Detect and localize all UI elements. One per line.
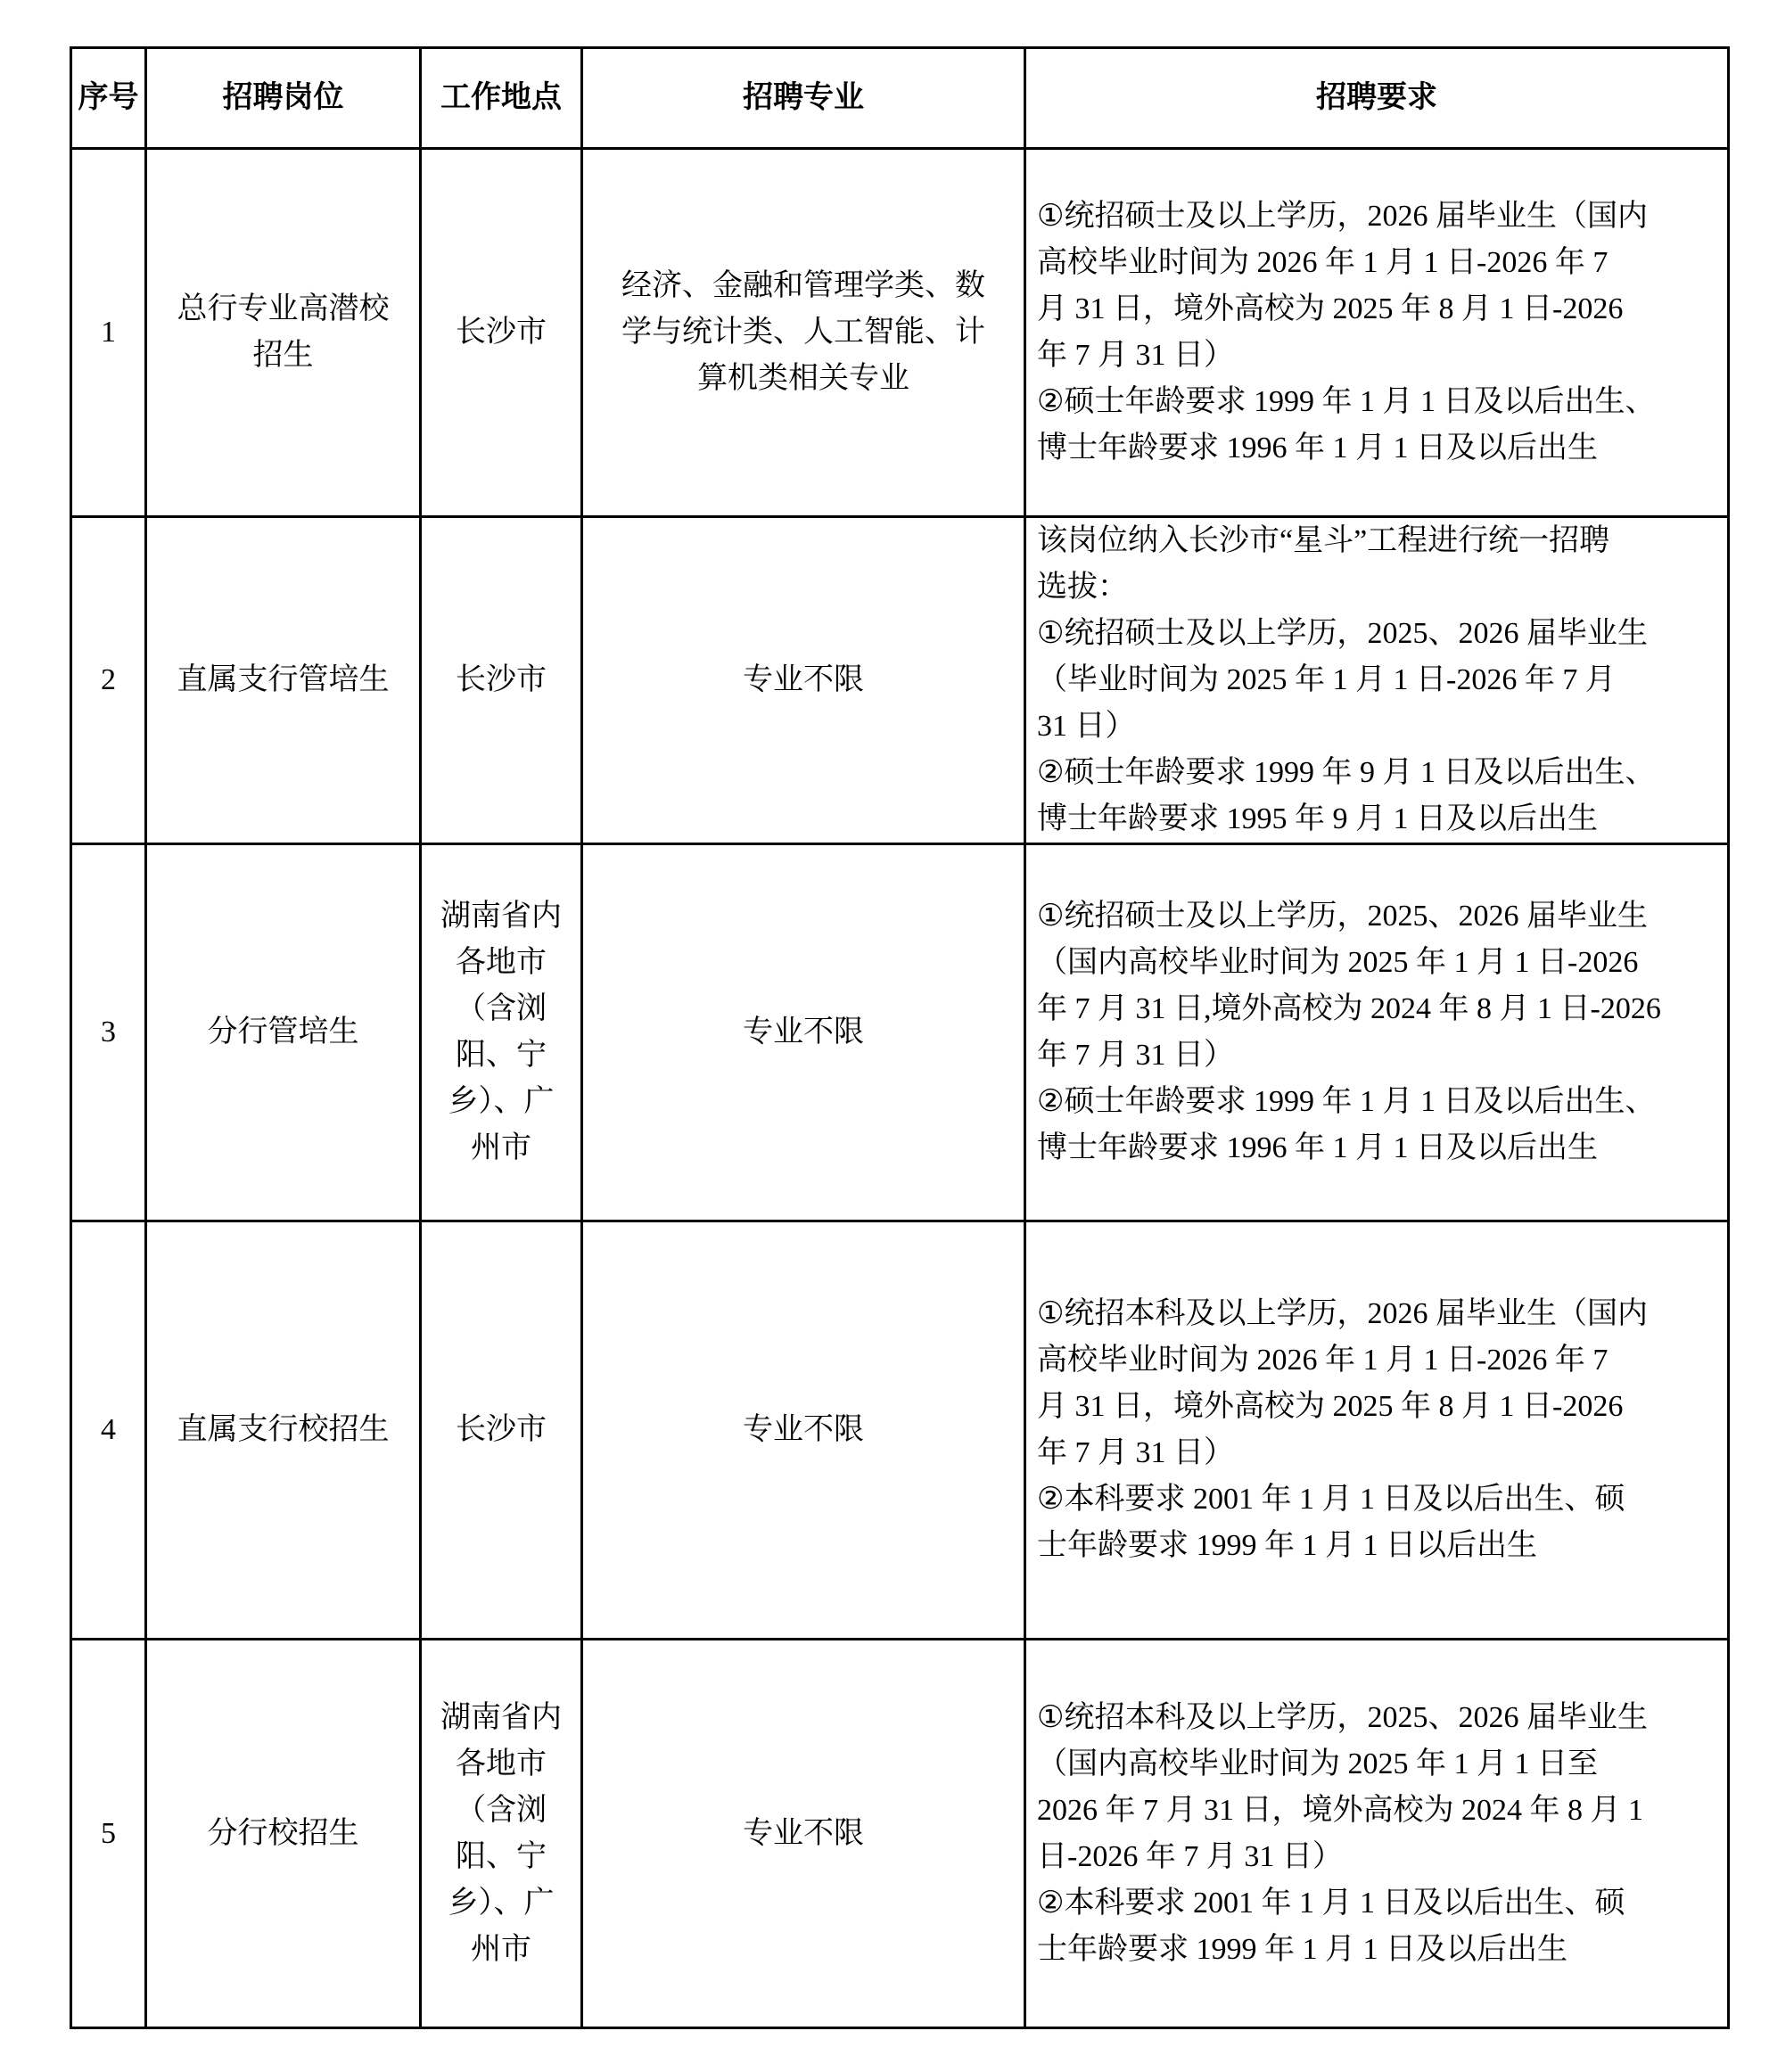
row-position: 总行专业高潜校 招生 <box>146 149 421 517</box>
row-position: 直属支行校招生 <box>146 1221 421 1640</box>
header-row: 序号 招聘岗位 工作地点 招聘专业 招聘要求 <box>71 48 1729 149</box>
row-location: 长沙市 <box>421 1221 582 1640</box>
row-requirements: ①统招硕士及以上学历，2026 届毕业生（国内 高校毕业时间为 2026 年 1… <box>1025 149 1729 517</box>
header-cell-seq: 序号 <box>71 48 146 149</box>
row-location: 湖南省内 各地市 （含浏 阳、宁 乡）、广 州市 <box>421 1640 582 2028</box>
row-major: 专业不限 <box>582 844 1025 1221</box>
table-row: 4 直属支行校招生 长沙市 专业不限 ①统招本科及以上学历，2026 届毕业生（… <box>71 1221 1729 1640</box>
row-location: 湖南省内 各地市 （含浏 阳、宁 乡）、广 州市 <box>421 844 582 1221</box>
row-seq: 4 <box>71 1221 146 1640</box>
row-major: 专业不限 <box>582 517 1025 844</box>
row-position: 分行管培生 <box>146 844 421 1221</box>
row-requirements: 该岗位纳入长沙市“星斗”工程进行统一招聘 选拔： ①统招硕士及以上学历，2025… <box>1025 517 1729 844</box>
row-major: 专业不限 <box>582 1640 1025 2028</box>
header-cell-requirements: 招聘要求 <box>1025 48 1729 149</box>
header-cell-location: 工作地点 <box>421 48 582 149</box>
row-seq: 5 <box>71 1640 146 2028</box>
row-requirements: ①统招本科及以上学历，2026 届毕业生（国内 高校毕业时间为 2026 年 1… <box>1025 1221 1729 1640</box>
recruitment-table: 序号 招聘岗位 工作地点 招聘专业 招聘要求 1 总行专业高潜校 招生 长沙市 … <box>70 46 1730 2029</box>
header-cell-major: 招聘专业 <box>582 48 1025 149</box>
row-location: 长沙市 <box>421 149 582 517</box>
table-row: 1 总行专业高潜校 招生 长沙市 经济、金融和管理学类、数 学与统计类、人工智能… <box>71 149 1729 517</box>
row-position: 分行校招生 <box>146 1640 421 2028</box>
row-seq: 3 <box>71 844 146 1221</box>
row-major: 专业不限 <box>582 1221 1025 1640</box>
header-cell-position: 招聘岗位 <box>146 48 421 149</box>
row-location: 长沙市 <box>421 517 582 844</box>
row-major: 经济、金融和管理学类、数 学与统计类、人工智能、计 算机类相关专业 <box>582 149 1025 517</box>
row-position: 直属支行管培生 <box>146 517 421 844</box>
table-row: 2 直属支行管培生 长沙市 专业不限 该岗位纳入长沙市“星斗”工程进行统一招聘 … <box>71 517 1729 844</box>
row-requirements: ①统招本科及以上学历，2025、2026 届毕业生 （国内高校毕业时间为 202… <box>1025 1640 1729 2028</box>
row-seq: 1 <box>71 149 146 517</box>
row-requirements: ①统招硕士及以上学历，2025、2026 届毕业生 （国内高校毕业时间为 202… <box>1025 844 1729 1221</box>
table-row: 3 分行管培生 湖南省内 各地市 （含浏 阳、宁 乡）、广 州市 专业不限 ①统… <box>71 844 1729 1221</box>
row-seq: 2 <box>71 517 146 844</box>
table-row: 5 分行校招生 湖南省内 各地市 （含浏 阳、宁 乡）、广 州市 专业不限 ①统… <box>71 1640 1729 2028</box>
